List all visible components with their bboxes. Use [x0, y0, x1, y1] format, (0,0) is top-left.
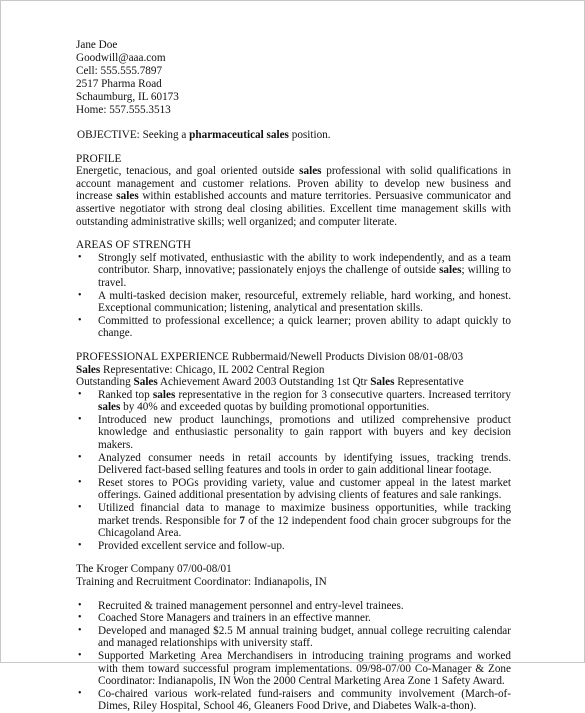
bullet-icon: •	[78, 502, 82, 515]
list-item: •Reset stores to POGs providing variety,…	[76, 477, 511, 502]
resume-body: OBJECTIVE: Seeking a pharmaceutical sale…	[76, 129, 511, 663]
bullet-icon: •	[78, 315, 82, 328]
list-item: •Provided excellent service and follow-u…	[76, 540, 511, 553]
bullet-icon: •	[78, 477, 82, 490]
objective-prefix: OBJECTIVE: Seeking a	[77, 129, 189, 141]
strengths-list: •Strongly self motivated, enthusiastic w…	[76, 252, 511, 340]
list-item: •Analyzed consumer needs in retail accou…	[76, 452, 511, 477]
objective-bold: pharmaceutical sales	[189, 129, 289, 141]
bullet-icon: •	[78, 389, 82, 402]
bullet-icon: •	[78, 625, 82, 638]
objective-line: OBJECTIVE: Seeking a pharmaceutical sale…	[77, 129, 511, 142]
list-item: •Committed to professional excellence; a…	[76, 315, 511, 340]
list-item: •Utilized financial data to manage to ma…	[76, 502, 511, 540]
bullet-icon: •	[78, 452, 82, 465]
bullet-icon: •	[78, 650, 82, 663]
bullet-icon: •	[78, 600, 82, 613]
contact-home: Home: 557.555.3513	[76, 104, 179, 117]
job2-title: Training and Recruitment Coordinator: In…	[76, 576, 511, 589]
contact-cell: Cell: 555.555.7897	[76, 65, 179, 78]
bullet-icon: •	[78, 540, 82, 553]
job1-award: Outstanding Sales Achievement Award 2003…	[76, 376, 511, 389]
bullet-icon: •	[78, 414, 82, 427]
profile-heading: PROFILE	[76, 153, 511, 166]
bullet-icon: •	[78, 252, 82, 265]
contact-address: 2517 Pharma Road	[76, 78, 179, 91]
strengths-heading: AREAS OF STRENGTH	[76, 239, 511, 252]
job1-title: Sales Representative: Chicago, IL 2002 C…	[76, 364, 511, 377]
contact-name: Jane Doe	[76, 39, 179, 52]
contact-email: Goodwill@aaa.com	[76, 52, 179, 65]
list-item: •Strongly self motivated, enthusiastic w…	[76, 252, 511, 290]
job2-duties: •Recruited & trained management personne…	[76, 600, 511, 663]
bullet-icon: •	[78, 612, 82, 625]
resume-page: Jane Doe Goodwill@aaa.com Cell: 555.555.…	[0, 0, 585, 663]
job2-company: The Kroger Company 07/00-08/01	[76, 563, 511, 576]
job1-duties: •Ranked top sales representative in the …	[76, 389, 511, 553]
contact-block: Jane Doe Goodwill@aaa.com Cell: 555.555.…	[76, 39, 179, 116]
profile-text: Energetic, tenacious, and goal oriented …	[76, 165, 511, 228]
objective-suffix: position.	[289, 129, 331, 141]
list-item: •Ranked top sales representative in the …	[76, 389, 511, 414]
list-item: •Developed and managed $2.5 M annual tra…	[76, 625, 511, 650]
contact-city: Schaumburg, IL 60173	[76, 91, 179, 104]
bullet-icon: •	[78, 290, 82, 303]
experience-heading: PROFESSIONAL EXPERIENCE Rubbermaid/Newel…	[76, 351, 511, 364]
list-item: •Coached Store Managers and trainers in …	[76, 612, 511, 625]
list-item: •Supported Marketing Area Merchandisers …	[76, 650, 511, 663]
list-item: •A multi-tasked decision maker, resource…	[76, 290, 511, 315]
list-item: •Recruited & trained management personne…	[76, 600, 511, 613]
list-item: •Introduced new product launchings, prom…	[76, 414, 511, 452]
